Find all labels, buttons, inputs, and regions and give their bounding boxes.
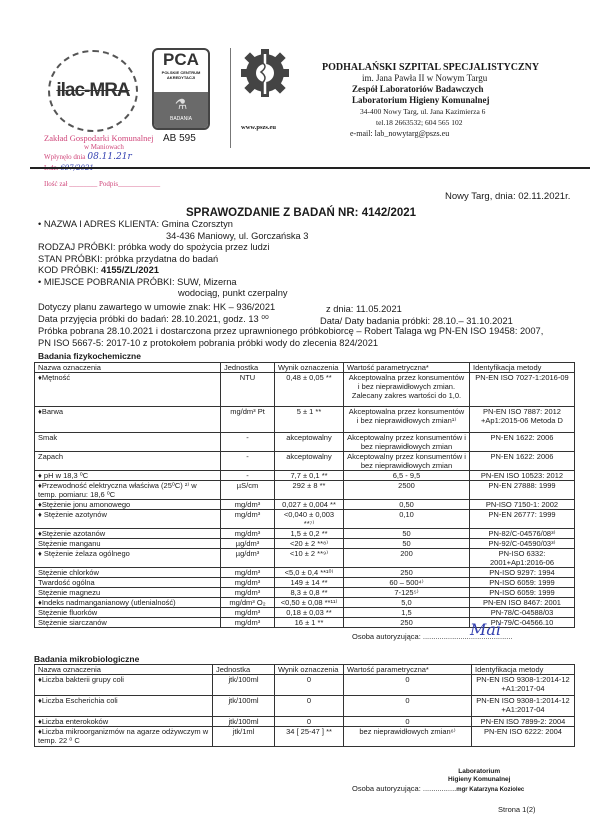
cell-result: 0 xyxy=(275,717,344,727)
lab-stamp: Laboratorium Higieny Komunalnej xyxy=(448,768,510,784)
cell-name: ♦Liczba bakterii grupy coli xyxy=(35,675,213,696)
cell-name: ♦Stężenie azotanów xyxy=(35,529,221,539)
cell-name: Stężenie magnezu xyxy=(35,588,221,598)
table-row: ♦ Stężenie żelaza ogólnegoµg/dm³<10 ± 2 … xyxy=(35,549,575,568)
table-header-row: Nazwa oznaczenia Jednostka Wynik oznacze… xyxy=(35,665,575,675)
table-row: Stężenie magnezumg/dm³8,3 ± 0,8 **7-125⁵… xyxy=(35,588,575,598)
client-info: • NAZWA I ADRES KLIENTA: Gmina Czorsztyn… xyxy=(38,219,308,300)
cell-method: PN-EN 27888: 1999 xyxy=(470,481,575,500)
table-row: ♦Przewodność elektryczna właściwa (25⁰C)… xyxy=(35,481,575,500)
cell-name: ♦Przewodność elektryczna właściwa (25⁰C)… xyxy=(35,481,221,500)
cell-result: 1,5 ± 0,2 ** xyxy=(275,529,344,539)
cell-param: 0 xyxy=(344,696,472,717)
table-row: ♦Barwamg/dm³ Pt5 ± 1 **Akceptowalna prze… xyxy=(35,407,575,433)
authorizer-name: mgr Katarzyna Koziolec xyxy=(456,787,524,793)
authorizer-2: Osoba autoryzująca: ................mgr … xyxy=(352,784,524,793)
stamp-company: Zakład Gospodarki Komunalnej xyxy=(44,133,154,143)
cell-method: PN-ISO 9297: 1994 xyxy=(470,568,575,578)
cell-unit: jtk/1ml xyxy=(213,727,275,747)
website-url: www.pszs.eu xyxy=(241,124,276,131)
stamp-attachments: Ilość zał ________ Podpis____________ xyxy=(44,180,160,188)
client-name: Gmina Czorsztyn xyxy=(162,219,233,229)
cell-result: 0,027 ± 0,004 ** xyxy=(275,500,344,510)
cell-method: PN-EN ISO 7887: 2012 +Ap1:2015-06 Metoda… xyxy=(470,407,575,433)
cell-result: <20 ± 2 **⁸⁾ xyxy=(275,539,344,549)
cell-method: PN-EN ISO 8467: 2001 xyxy=(470,598,575,608)
table-row: Twardość ogólnamg/dm³149 ± 14 **60 – 500… xyxy=(35,578,575,588)
cell-result: 8,3 ± 0,8 ** xyxy=(275,588,344,598)
cell-param: 60 – 500⁴⁾ xyxy=(344,578,470,588)
cell-unit: - xyxy=(221,471,275,481)
cell-unit: NTU xyxy=(221,373,275,407)
cell-unit: jtk/100ml xyxy=(213,675,275,696)
lab-phone: tel.18 2663532; 604 565 102 xyxy=(300,117,592,128)
place-date: Nowy Targ, dnia: 02.11.2021r. xyxy=(445,191,570,202)
cell-param: Akceptowalny przez konsumentów i bez nie… xyxy=(344,452,470,471)
cell-result: 292 ± 8 ** xyxy=(275,481,344,500)
cell-param: 200 xyxy=(344,549,470,568)
cell-result: <0,040 ± 0,003 **⁷⁾ xyxy=(275,510,344,529)
cell-name: Stężenie fluorków xyxy=(35,608,221,618)
institution-header: PODHALAŃSKI SZPITAL SPECJALISTYCZNY im. … xyxy=(300,62,592,139)
cell-param: 50 xyxy=(344,539,470,549)
cell-result: 7,7 ± 0,1 ** xyxy=(275,471,344,481)
cell-unit: - xyxy=(221,433,275,452)
ilac-mra-logo: ilac-MRA xyxy=(48,50,138,132)
cell-method: PN-EN 1622: 2006 xyxy=(470,452,575,471)
pszs-gear-logo-icon xyxy=(240,48,290,98)
accreditation-code: AB 595 xyxy=(163,133,196,144)
cell-name: ♦Mętność xyxy=(35,373,221,407)
sampling-place: SUW, Mizerna xyxy=(177,277,236,287)
cell-method: PN-ISO 7150-1: 2002 xyxy=(470,500,575,510)
divider xyxy=(230,48,231,148)
physchem-section-title: Badania fizykochemiczne xyxy=(38,351,141,361)
micro-section-title: Badania mikrobiologiczne xyxy=(34,654,139,664)
table-row: Zapach-akceptowalnyAkceptowalny przez ko… xyxy=(35,452,575,471)
receipt-date: Data przyjęcia próbki do badań: 28.10.20… xyxy=(38,314,269,326)
table-row: ♦ pH w 18,3 ⁰C-7,7 ± 0,1 **6,5 - 9,5PN-E… xyxy=(35,471,575,481)
cell-name: ♦Liczba mikroorganizmów na agarze odżywc… xyxy=(35,727,213,747)
cell-method: PN-EN 26777: 1999 xyxy=(470,510,575,529)
cell-method: PN-ISO 6059: 1999 xyxy=(470,578,575,588)
cell-unit: mg/dm³ O₂ xyxy=(221,598,275,608)
table-row: ♦Stężenie azotanówmg/dm³1,5 ± 0,2 **50PN… xyxy=(35,529,575,539)
institution-patron: im. Jana Pawła II w Nowym Targu xyxy=(300,73,592,84)
cell-param: 0 xyxy=(344,675,472,696)
cell-unit: µS/cm xyxy=(221,481,275,500)
cell-unit: jtk/100ml xyxy=(213,696,275,717)
cell-method: PN-ISO 6059: 1999 xyxy=(470,588,575,598)
cell-name: Stężenie siarczanów xyxy=(35,618,221,628)
cell-param: 6,5 - 9,5 xyxy=(344,471,470,481)
cell-unit: - xyxy=(221,452,275,471)
header-rule xyxy=(30,167,590,169)
cell-param: 50 xyxy=(344,529,470,539)
cell-name: ♦Liczba enterokoków xyxy=(35,717,213,727)
cell-param: 5,0 xyxy=(344,598,470,608)
stamp-location: w Maniowach xyxy=(84,143,124,151)
lab-email: e-mail: lab_nowytarg@pszs.eu xyxy=(300,128,592,139)
cell-name: Stężenie manganu xyxy=(35,539,221,549)
cell-unit: mg/dm³ xyxy=(221,578,275,588)
cell-result: 16 ± 1 ** xyxy=(275,618,344,628)
cell-method: PN-78/C-04588/03 xyxy=(470,608,575,618)
sampling-place-detail: wodociąg, punkt czerpalny xyxy=(38,288,308,300)
plan-info: Dotyczy planu zawartego w umowie znak: H… xyxy=(38,302,275,314)
table-row: Stężenie chlorkówmg/dm³<5,0 ± 0,4 **¹⁰⁾2… xyxy=(35,568,575,578)
table-row: ♦Indeks nadmanganianowy (utlenialność)mg… xyxy=(35,598,575,608)
cell-unit: mg/dm³ xyxy=(221,529,275,539)
table-header-row: Nazwa oznaczenia Jednostka Wynik oznacze… xyxy=(35,363,575,373)
table-row: ♦Liczba bakterii grupy colijtk/100ml00PN… xyxy=(35,675,575,696)
table-row: ♦Liczba mikroorganizmów na agarze odżywc… xyxy=(35,727,575,747)
client-address: 34-436 Maniowy, ul. Gorczańska 3 xyxy=(38,231,308,243)
cell-result: 0 xyxy=(275,696,344,717)
cell-result: 0,18 ± 0,03 ** xyxy=(275,608,344,618)
pca-logo: PCA POLSKIE CENTRUM AKREDYTACJI ⚗BADANIA xyxy=(152,48,210,130)
table-row: ♦MętnośćNTU0,48 ± 0,05 **Akceptowalna pr… xyxy=(35,373,575,407)
report-title: SPRAWOZDANIE Z BADAŃ NR: 4142/2021 xyxy=(186,207,416,219)
cell-name: ♦ pH w 18,3 ⁰C xyxy=(35,471,221,481)
cell-unit: mg/dm³ xyxy=(221,568,275,578)
cell-result: 34 [ 25-47 ] ** xyxy=(275,727,344,747)
cell-method: PN-EN ISO 9308-1:2014-12 +A1:2017-04 xyxy=(472,675,575,696)
lab-address: 34-400 Nowy Targ, ul. Jana Kazimierza 6 xyxy=(300,106,592,117)
table-row: Stężenie fluorkówmg/dm³0,18 ± 0,03 **1,5… xyxy=(35,608,575,618)
cell-param: 0 xyxy=(344,717,472,727)
plan-date: z dnia: 11.05.2021 xyxy=(326,304,402,316)
cell-param: 2500 xyxy=(344,481,470,500)
cell-method: PN-EN ISO 7027-1:2016-09 xyxy=(470,373,575,407)
flask-icon: ⚗ xyxy=(154,92,208,116)
cell-unit: mg/dm³ xyxy=(221,588,275,598)
table-row: Stężenie manganuµg/dm³<20 ± 2 **⁸⁾50PN-9… xyxy=(35,539,575,549)
table-row: ♦Liczba enterokokówjtk/100ml00PN-EN ISO … xyxy=(35,717,575,727)
sampling-note-1: Próbka pobrana 28.10.2021 i dostarczona … xyxy=(38,326,543,338)
cell-result: 0 xyxy=(275,675,344,696)
cell-name: Zapach xyxy=(35,452,221,471)
institution-name: PODHALAŃSKI SZPITAL SPECJALISTYCZNY xyxy=(300,62,592,73)
cell-unit: µg/dm³ xyxy=(221,539,275,549)
sample-type: próbka wody do spożycia przez ludzi xyxy=(118,242,269,252)
cell-param: 7-125⁵⁾ xyxy=(344,588,470,598)
signature-1: Mai xyxy=(470,620,501,639)
cell-method: PN-EN 1622: 2006 xyxy=(470,433,575,452)
cell-name: ♦Liczba Escherichia coli xyxy=(35,696,213,717)
cell-unit: µg/dm³ xyxy=(221,549,275,568)
laboratory-name: Laboratorium Higieny Komunalnej xyxy=(300,95,592,106)
cell-method: PN-EN ISO 10523: 2012 xyxy=(470,471,575,481)
pca-title: PCA xyxy=(154,50,208,70)
cell-param: Akceptowalny przez konsumentów i bez nie… xyxy=(344,433,470,452)
cell-result: <10 ± 2 **⁹⁾ xyxy=(275,549,344,568)
cell-name: ♦Indeks nadmanganianowy (utlenialność) xyxy=(35,598,221,608)
stamp-received: Wpłynęło dnia 08.11.21r xyxy=(44,152,132,162)
cell-param: 250 xyxy=(344,568,470,578)
cell-name: Stężenie chlorków xyxy=(35,568,221,578)
cell-result: 149 ± 14 ** xyxy=(275,578,344,588)
cell-param: bez nieprawidłowych zmian⁶⁾ xyxy=(344,727,472,747)
table-row: ♦Liczba Escherichia colijtk/100ml00PN-EN… xyxy=(35,696,575,717)
cell-method: PN-EN ISO 7899-2: 2004 xyxy=(472,717,575,727)
cell-result: akceptowalny xyxy=(275,433,344,452)
cell-method: PN-EN ISO 9308-1:2014-12 +A1:2017-04 xyxy=(472,696,575,717)
cell-unit: mg/dm³ xyxy=(221,500,275,510)
cell-param: 0,50 xyxy=(344,500,470,510)
table-row: Smak-akceptowalnyAkceptowalny przez kons… xyxy=(35,433,575,452)
cell-result: <0,50 ± 0,08 **¹¹⁾ xyxy=(275,598,344,608)
cell-method: PN-ISO 6332: 2001+Ap1:2016-06 xyxy=(470,549,575,568)
received-date: 08.11.21r xyxy=(87,152,131,162)
cell-param: 1,5 xyxy=(344,608,470,618)
table-row: ♦ Stężenie azotynówmg/dm³<0,040 ± 0,003 … xyxy=(35,510,575,529)
cell-method: PN-82/C-04576/08³⁾ xyxy=(470,529,575,539)
cell-unit: mg/dm³ xyxy=(221,510,275,529)
cell-method: PN-92/C-04590/03³⁾ xyxy=(470,539,575,549)
cell-param: 0,10 xyxy=(344,510,470,529)
cell-name: Twardość ogólna xyxy=(35,578,221,588)
micro-table: Nazwa oznaczenia Jednostka Wynik oznacze… xyxy=(34,664,575,747)
cell-param: Akceptowalna przez konsumentów i bez nie… xyxy=(344,407,470,433)
department-name: Zespół Laboratoriów Badawczych xyxy=(300,84,592,95)
cell-unit: jtk/100ml xyxy=(213,717,275,727)
sampling-note-2: PN ISO 5667-5: 2017-10 z protokołem pobr… xyxy=(38,338,378,350)
cell-param: Akceptowalna przez konsumentów i bez nie… xyxy=(344,373,470,407)
cell-result: 5 ± 1 ** xyxy=(275,407,344,433)
physchem-table: Nazwa oznaczenia Jednostka Wynik oznacze… xyxy=(34,362,575,628)
cell-result: 0,48 ± 0,05 ** xyxy=(275,373,344,407)
cell-unit: mg/dm³ Pt xyxy=(221,407,275,433)
pca-subtitle: POLSKIE CENTRUM AKREDYTACJI xyxy=(154,70,208,80)
cell-name: ♦Stężenie jonu amonowego xyxy=(35,500,221,510)
cell-name: ♦Barwa xyxy=(35,407,221,433)
cell-unit: mg/dm³ xyxy=(221,608,275,618)
cell-method: PN-EN ISO 6222: 2004 xyxy=(472,727,575,747)
sample-state: próbka przydatna do badań xyxy=(105,254,218,264)
sample-code: 4155/ZL/2021 xyxy=(101,265,159,275)
page-number: Strona 1(2) xyxy=(498,805,536,814)
cell-unit: mg/dm³ xyxy=(221,618,275,628)
cell-name: Smak xyxy=(35,433,221,452)
table-row: ♦Stężenie jonu amonowegomg/dm³0,027 ± 0,… xyxy=(35,500,575,510)
cell-name: ♦ Stężenie żelaza ogólnego xyxy=(35,549,221,568)
cell-result: akceptowalny xyxy=(275,452,344,471)
cell-result: <5,0 ± 0,4 **¹⁰⁾ xyxy=(275,568,344,578)
cell-param: 250 xyxy=(344,618,470,628)
cell-name: ♦ Stężenie azotynów xyxy=(35,510,221,529)
